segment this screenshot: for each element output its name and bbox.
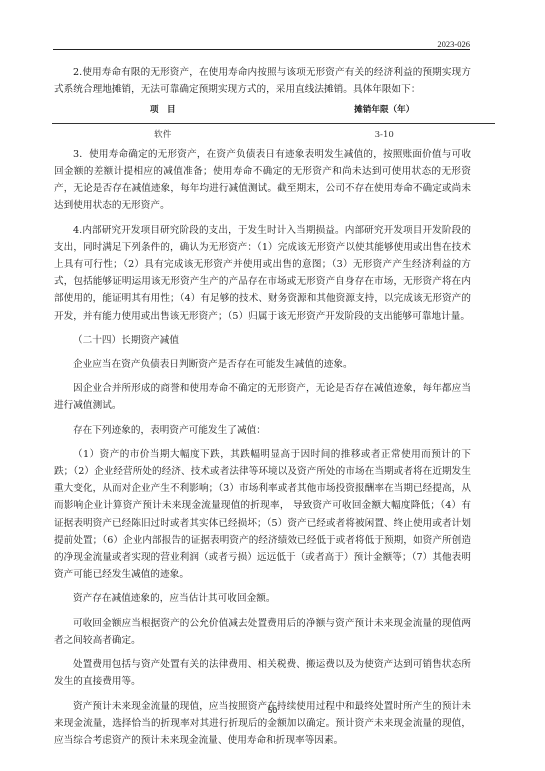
paragraph-impairment-indication: 企业应当在资产负债表日判断资产是否存在可能发生减值的迹象。 <box>54 356 471 373</box>
paragraph-recoverable-amount: 可收回金额应当根据资产的公允价值减去处置费用后的净额与资产预计未来现金流量的现值… <box>54 615 471 649</box>
paragraph-impairment-signs-list: （1）资产的市价当期大幅度下跌，其跌幅明显高于因时间的推移或者正常使用而预计的下… <box>54 446 471 584</box>
paragraph-impairment-definite-life: 3．使用寿命确定的无形资产，在资产负债表日有迹象表明发生减值的，按照账面价值与可… <box>54 146 471 215</box>
section-heading-long-term-asset-impairment: （二十四）长期资产减值 <box>54 332 471 349</box>
page-number: 50 <box>0 705 545 715</box>
column-header-years: 摊销年限（年） <box>274 100 496 123</box>
header-divider <box>53 49 470 50</box>
cell-item: 软件 <box>52 123 274 146</box>
table-header-row: 项 目 摊销年限（年） <box>52 100 495 123</box>
document-code: 2023-026 <box>437 39 470 49</box>
paragraph-goodwill-testing: 因企业合并所形成的商誉和使用寿命不确定的无形资产，无论是否存在减值迹象，每年都应… <box>54 380 471 414</box>
page-body: 2.使用寿命有限的无形资产，在使用寿命内按照与该项无形资产有关的经济利益的预期实… <box>54 64 471 756</box>
table-row: 软件 3-10 <box>52 123 495 146</box>
amortization-table: 项 目 摊销年限（年） 软件 3-10 <box>52 100 495 145</box>
paragraph-disposal-costs: 处置费用包括与资产处置有关的法律费用、相关税费、搬运费以及为使资产达到可销售状态… <box>54 656 471 690</box>
paragraph-amortization: 2.使用寿命有限的无形资产，在使用寿命内按照与该项无形资产有关的经济利益的预期实… <box>54 64 471 98</box>
paragraph-estimate-recoverable: 资产存在减值迹象的，应当估计其可收回金额。 <box>54 590 471 607</box>
cell-years: 3-10 <box>274 123 496 146</box>
paragraph-rd-expenditure: 4.内部研究开发项目研究阶段的支出，于发生时计入当期损益。内部研究开发项目开发阶… <box>54 222 471 325</box>
column-header-item: 项 目 <box>52 100 274 123</box>
paragraph-impairment-signs-intro: 存在下列迹象的，表明资产可能发生了减值： <box>54 422 471 439</box>
